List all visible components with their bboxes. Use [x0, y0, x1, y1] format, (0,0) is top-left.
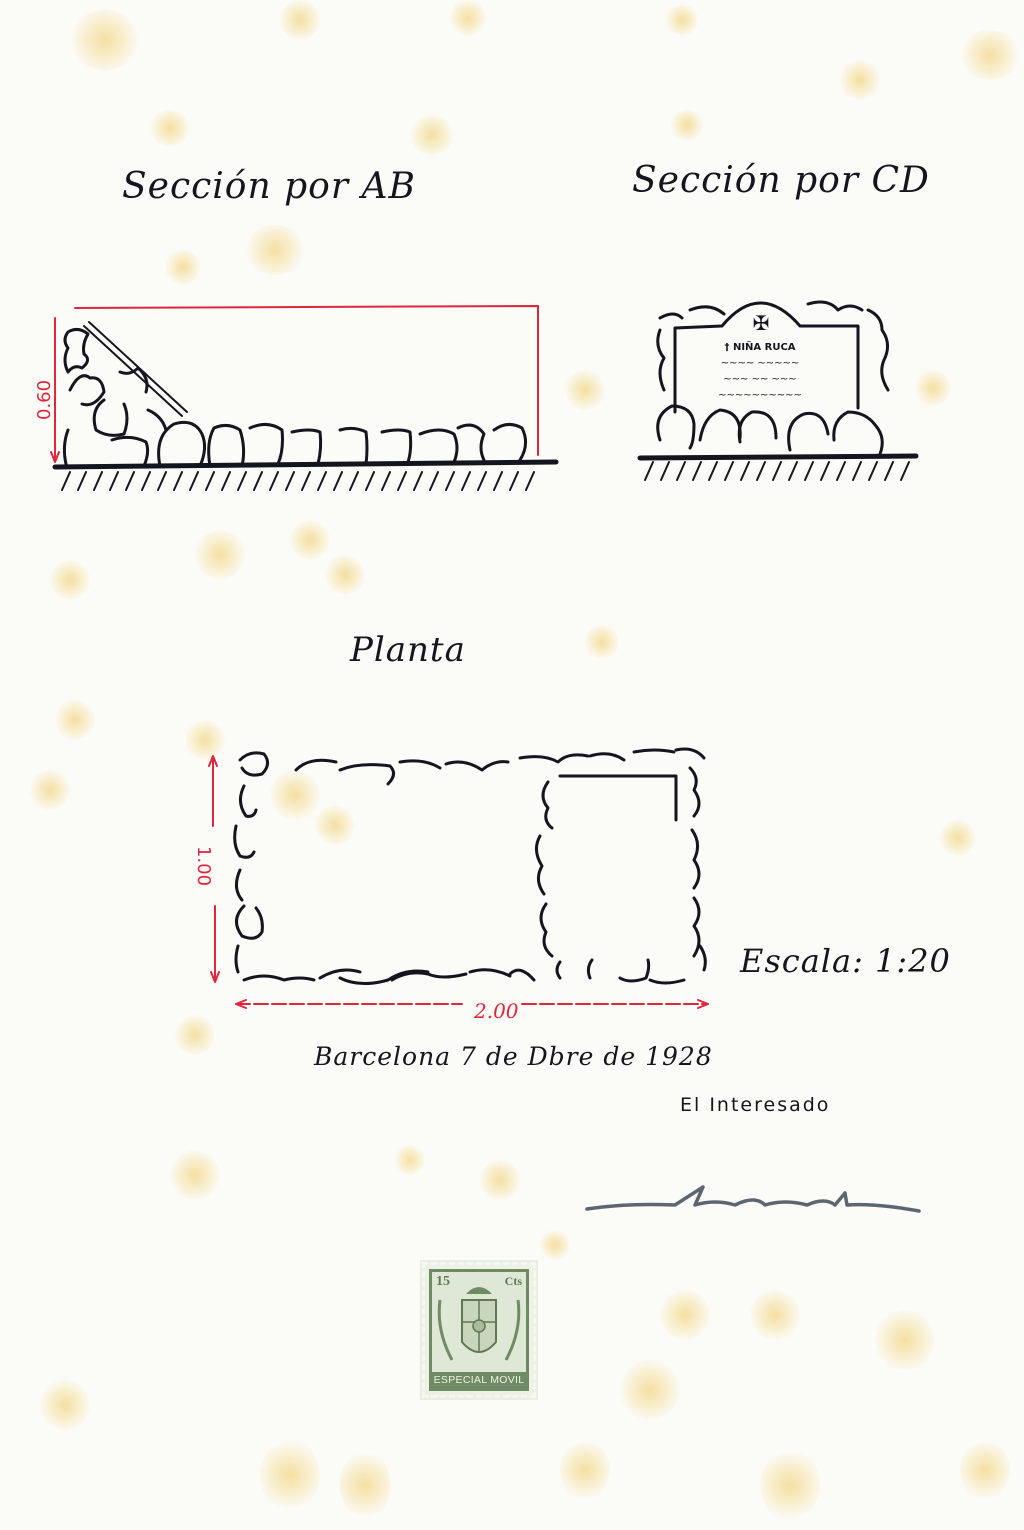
date-line: Barcelona 7 de Dbre de 1928: [314, 1042, 713, 1071]
plan-drawing: [209, 749, 708, 1008]
coat-of-arms-icon: [432, 1280, 526, 1376]
section-ab-drawing: [51, 306, 556, 490]
svg-text:~~~~ ~~~~~: ~~~~ ~~~~~: [721, 358, 800, 369]
stamp-caption: ESPECIAL MOVIL: [432, 1372, 526, 1388]
plan-height-dimension: 1.00: [193, 846, 214, 886]
svg-text:~~~ ~~ ~~~: ~~~ ~~ ~~~: [723, 374, 796, 385]
document-page: Sección por AB Sección por CD Planta: [0, 0, 1024, 1530]
svg-text:† NIÑA RUCA: † NIÑA RUCA: [724, 340, 795, 353]
signature: [585, 1175, 925, 1235]
stamp-face: 15 Cts ESPECIAL MOVIL: [429, 1269, 529, 1391]
scale-label: Escala: 1:20: [740, 942, 951, 980]
revenue-stamp: 15 Cts ESPECIAL MOVIL: [422, 1262, 536, 1398]
plaque-inscription: ✠ † NIÑA RUCA ~~~~ ~~~~~ ~~~ ~~ ~~~ ~~~~…: [718, 311, 802, 401]
plan-width-dimension: 2.00: [473, 999, 519, 1023]
signer-label: El Interesado: [680, 1094, 830, 1116]
section-ab-height-dimension: 0.60: [34, 380, 55, 420]
svg-text:0.60: 0.60: [34, 380, 55, 420]
svg-text:~~~~~~~~~~: ~~~~~~~~~~: [718, 390, 802, 401]
cross-icon: ✠: [753, 311, 770, 335]
